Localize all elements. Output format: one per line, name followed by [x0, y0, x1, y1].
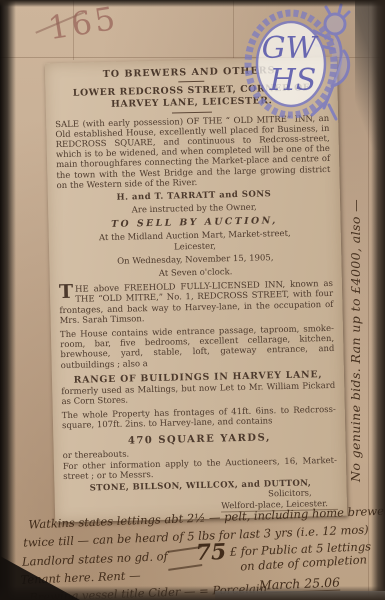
gwhs-stamp-graphic: GW HS	[243, 2, 365, 130]
annotation-big-figure: 75	[195, 539, 227, 566]
divider-rule	[178, 81, 204, 83]
scrapbook-photo: 165 TO BREWERS AND OTHERS. LOWER REDCROS…	[0, 0, 385, 600]
house-description: The House contains wide entrance passage…	[60, 324, 335, 371]
gwhs-stamp: GW HS	[243, 2, 365, 130]
annotation-date: March 25.06	[259, 575, 341, 594]
divider-rule	[172, 111, 212, 113]
side-annotation: No genuine bids. Ran up to £4000, also —	[348, 199, 363, 482]
gwhs-monogram: GW HS	[262, 31, 319, 98]
page-ledger-line	[233, 0, 234, 58]
dropcap-letter: T	[59, 285, 75, 300]
monogram-hs: HS	[269, 63, 317, 98]
lot-description: THE above FREEHOLD FULLY-LICENSED INN, k…	[59, 279, 334, 326]
monogram-gw: GW	[262, 31, 319, 66]
lot-description-text: HE above FREEHOLD FULLY-LICENSED INN, kn…	[59, 279, 333, 326]
frontages-text: The whole Property has frontages of 41ft…	[62, 405, 336, 432]
